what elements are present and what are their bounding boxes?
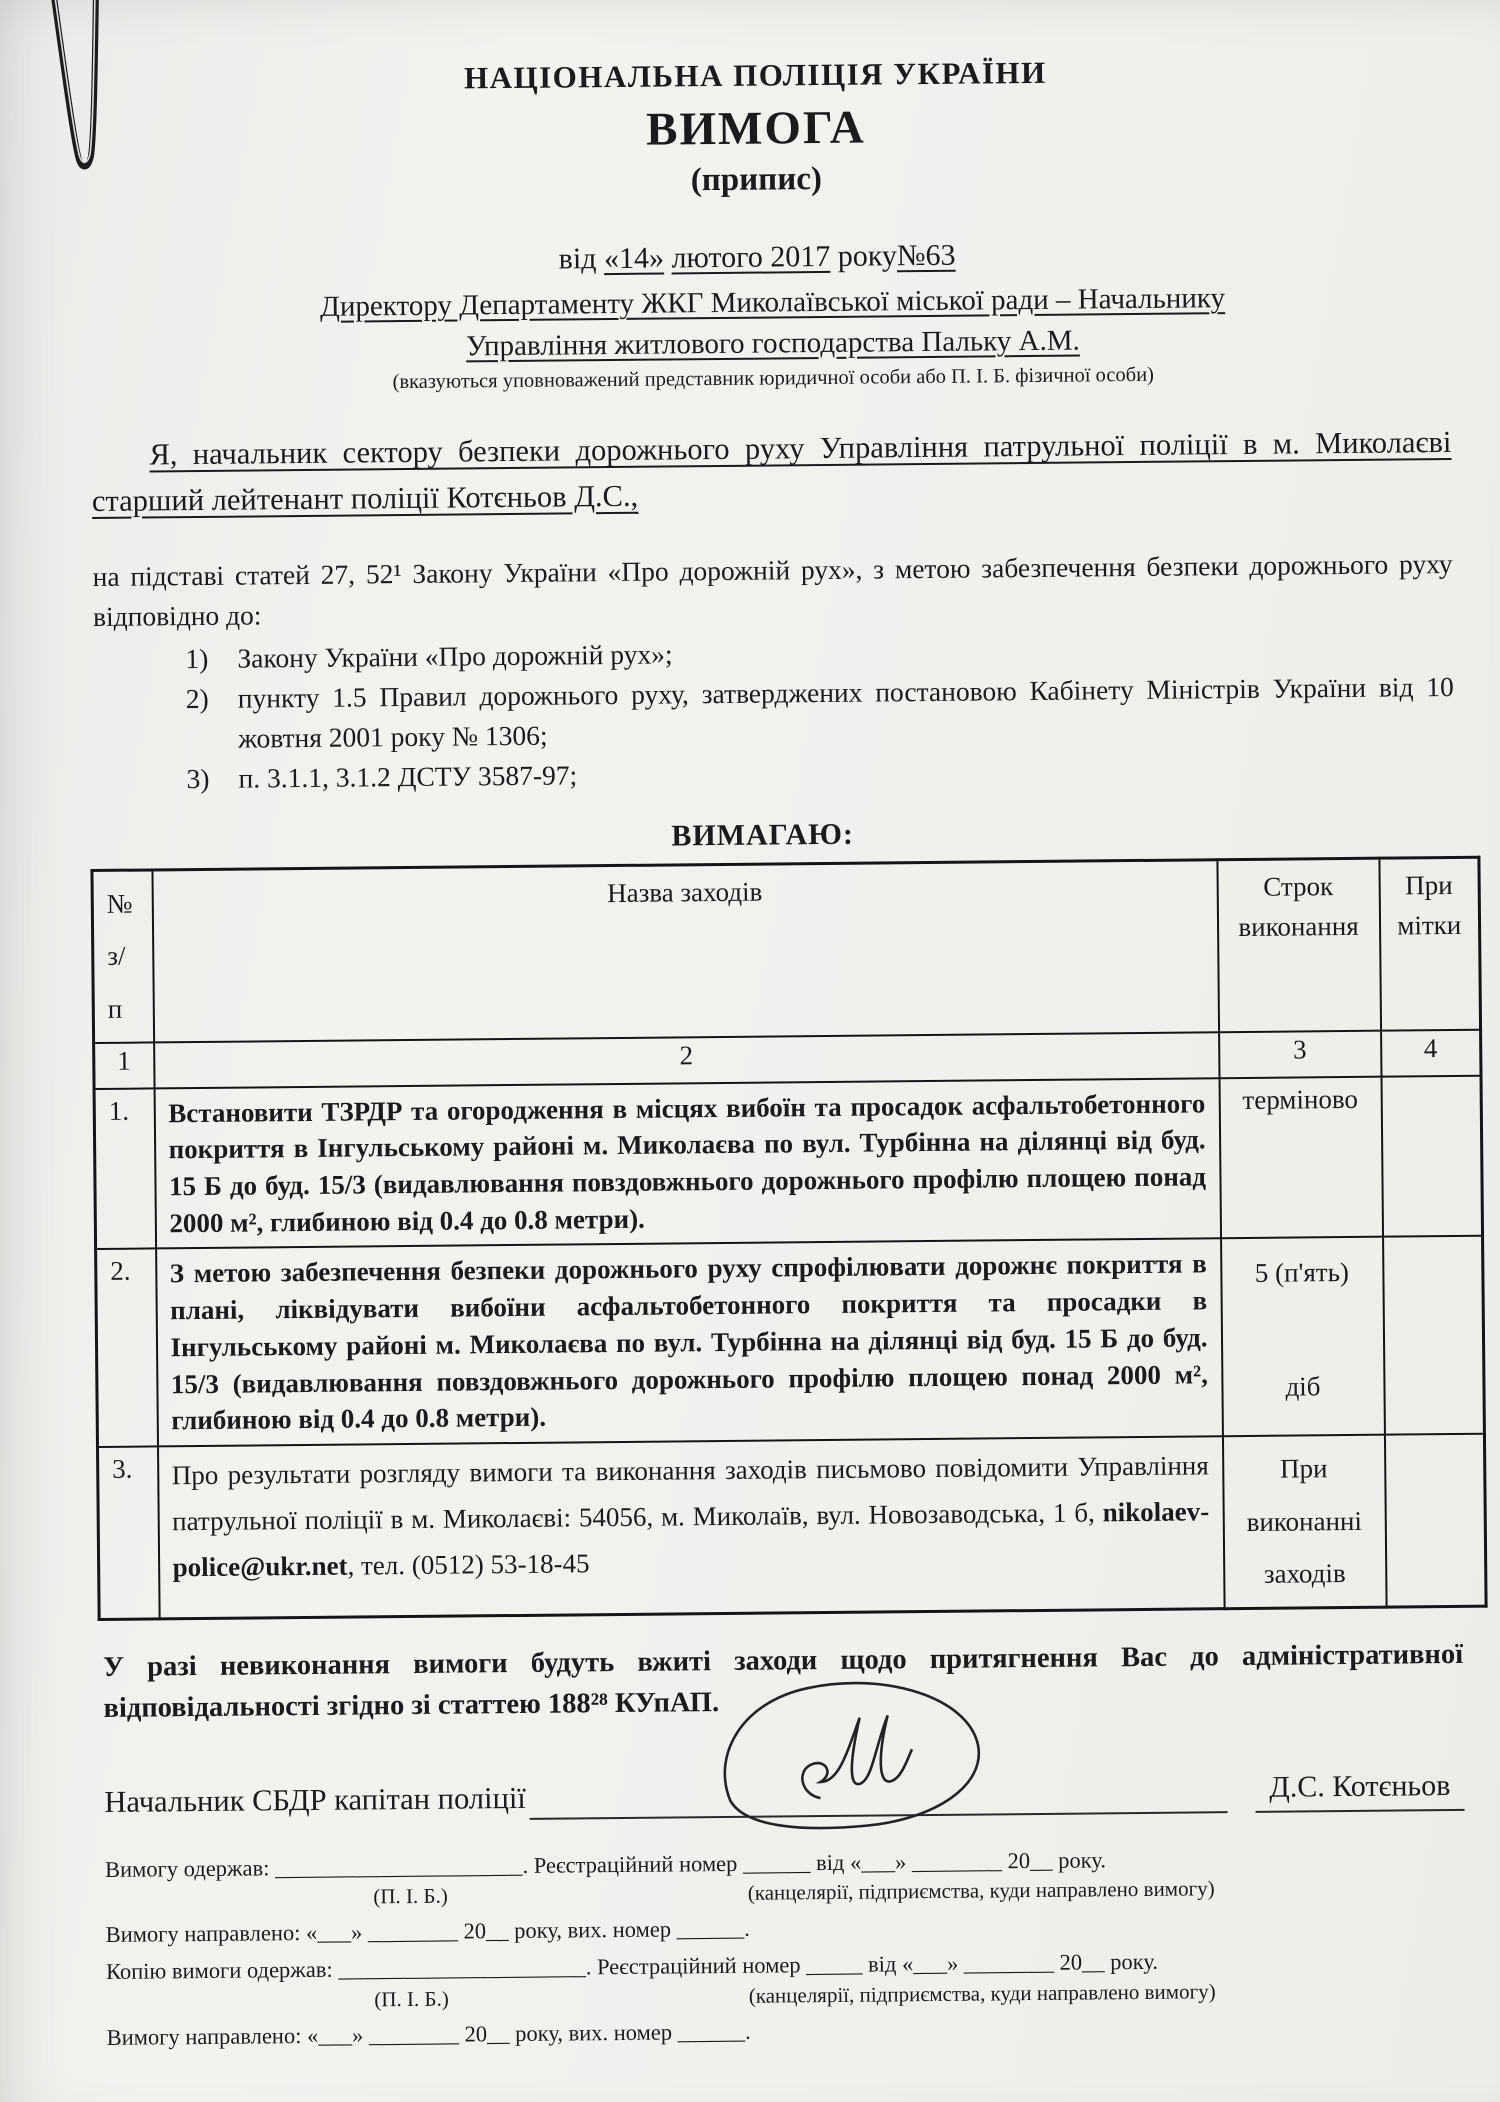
statement-paragraph: Я, начальник сектору безпеки дорожнього … xyxy=(91,420,1452,525)
basis-list: 1) Закону України «Про дорожній рух»; 2)… xyxy=(93,627,1454,801)
row-number: 2. xyxy=(96,1249,158,1447)
date-line: від «14» лютого 2017 року№63 xyxy=(89,234,1424,281)
measure-notes xyxy=(1383,1236,1485,1435)
basis-item-number: 3) xyxy=(186,759,238,800)
row-number: 1. xyxy=(94,1088,156,1249)
org-name: НАЦІОНАЛЬНА ПОЛІЦІЯ УКРАЇНИ xyxy=(88,51,1423,100)
footer-chancellery-caption: (канцелярії, підприємства, куди направле… xyxy=(748,1876,1215,1907)
measure-text-part: , тел. (0512) 53-18-45 xyxy=(347,1548,589,1580)
col-header-term: Строк виконання xyxy=(1217,858,1381,1032)
doc-title: ВИМОГА xyxy=(88,95,1423,162)
paperclip-icon xyxy=(18,0,138,191)
measure-text: З метою забезпечення безпеки дорожнього … xyxy=(156,1239,1223,1447)
demand-heading: ВИМАГАЮ: xyxy=(95,812,1430,859)
table-row: 2. З метою забезпечення безпеки дорожньо… xyxy=(96,1236,1485,1447)
basis-item: 2) пункту 1.5 Правил дорожнього руху, за… xyxy=(94,667,1455,760)
basis-item-number: 1) xyxy=(185,639,237,680)
measure-term: 5 (п'ять) діб xyxy=(1221,1237,1385,1436)
date-month-year: лютого 2017 xyxy=(671,240,830,275)
measure-notes xyxy=(1384,1434,1486,1607)
doc-subtitle: (припис) xyxy=(89,155,1424,205)
measures-table: № з/ п Назва заходів Строк виконання При… xyxy=(90,855,1487,1621)
signature-label: Начальник СБДР капітан поліції xyxy=(104,1780,526,1823)
index-cell: 3 xyxy=(1219,1030,1381,1078)
col-header-name: Назва заходів xyxy=(152,859,1219,1042)
footer-pib-caption: (П. І. Б.) xyxy=(373,1883,448,1911)
footer-sent-line: Вимогу направлено: «___» ________ 20__ р… xyxy=(106,1908,1466,1950)
index-cell: 4 xyxy=(1381,1029,1481,1076)
measure-text: Про результати розгляду вимоги та викона… xyxy=(158,1436,1225,1619)
footer-sent-line2: Вимогу направлено: «___» ________ 20__ р… xyxy=(107,2011,1467,2053)
col-header-notes: При мітки xyxy=(1379,857,1481,1030)
date-roku: року xyxy=(838,239,897,273)
basis-item-text: пункту 1.5 Правил дорожнього руху, затве… xyxy=(238,667,1455,759)
signature-block: Начальник СБДР капітан поліції Д.С. Котє… xyxy=(104,1764,1464,1823)
date-day: «14» xyxy=(604,242,664,276)
document-page: НАЦІОНАЛЬНА ПОЛІЦІЯ УКРАЇНИ ВИМОГА (прип… xyxy=(0,0,1500,2053)
col-header-num: № з/ п xyxy=(92,870,154,1043)
signature-name: Д.С. Котєньов xyxy=(1255,1768,1464,1812)
measure-text: Встановити ТЗРДР та огородження в місцях… xyxy=(154,1078,1220,1249)
signature-scribble xyxy=(700,1672,1002,1840)
table-row: 3. Про результати розгляду вимоги та вик… xyxy=(98,1434,1487,1620)
index-cell: 1 xyxy=(94,1042,154,1089)
table-row: 1. Встановити ТЗРДР та огородження в міс… xyxy=(94,1075,1482,1249)
addressee: Директору Департаменту ЖКГ Миколаївської… xyxy=(90,276,1456,370)
footer-pib-caption: (П. І. Б.) xyxy=(374,1985,449,2013)
date-number: №63 xyxy=(897,239,956,273)
date-prefix: від xyxy=(559,242,597,275)
addressee-line1: Директору Департаменту ЖКГ Миколаївської… xyxy=(320,282,1225,323)
measure-text-part: Про результати розгляду вимоги та викона… xyxy=(172,1450,1209,1536)
table-header-row: № з/ п Назва заходів Строк виконання При… xyxy=(92,857,1481,1043)
measure-term: терміново xyxy=(1219,1076,1383,1238)
basis-intro: на підставі статей 27, 52¹ Закону Україн… xyxy=(92,544,1453,638)
addressee-line2: Управління житлового господарства Пальку… xyxy=(466,324,1080,362)
footer-chancellery-caption: (канцелярії, підприємства, куди направле… xyxy=(749,1978,1216,2009)
row-number: 3. xyxy=(98,1446,160,1619)
measure-notes xyxy=(1381,1075,1483,1237)
measure-term: При виконанні заходів xyxy=(1222,1435,1386,1609)
basis-item-number: 2) xyxy=(186,679,239,760)
footer-form: Вимогу одержав: ______________________. … xyxy=(105,1842,1467,2052)
signature-line xyxy=(530,1767,1228,1820)
